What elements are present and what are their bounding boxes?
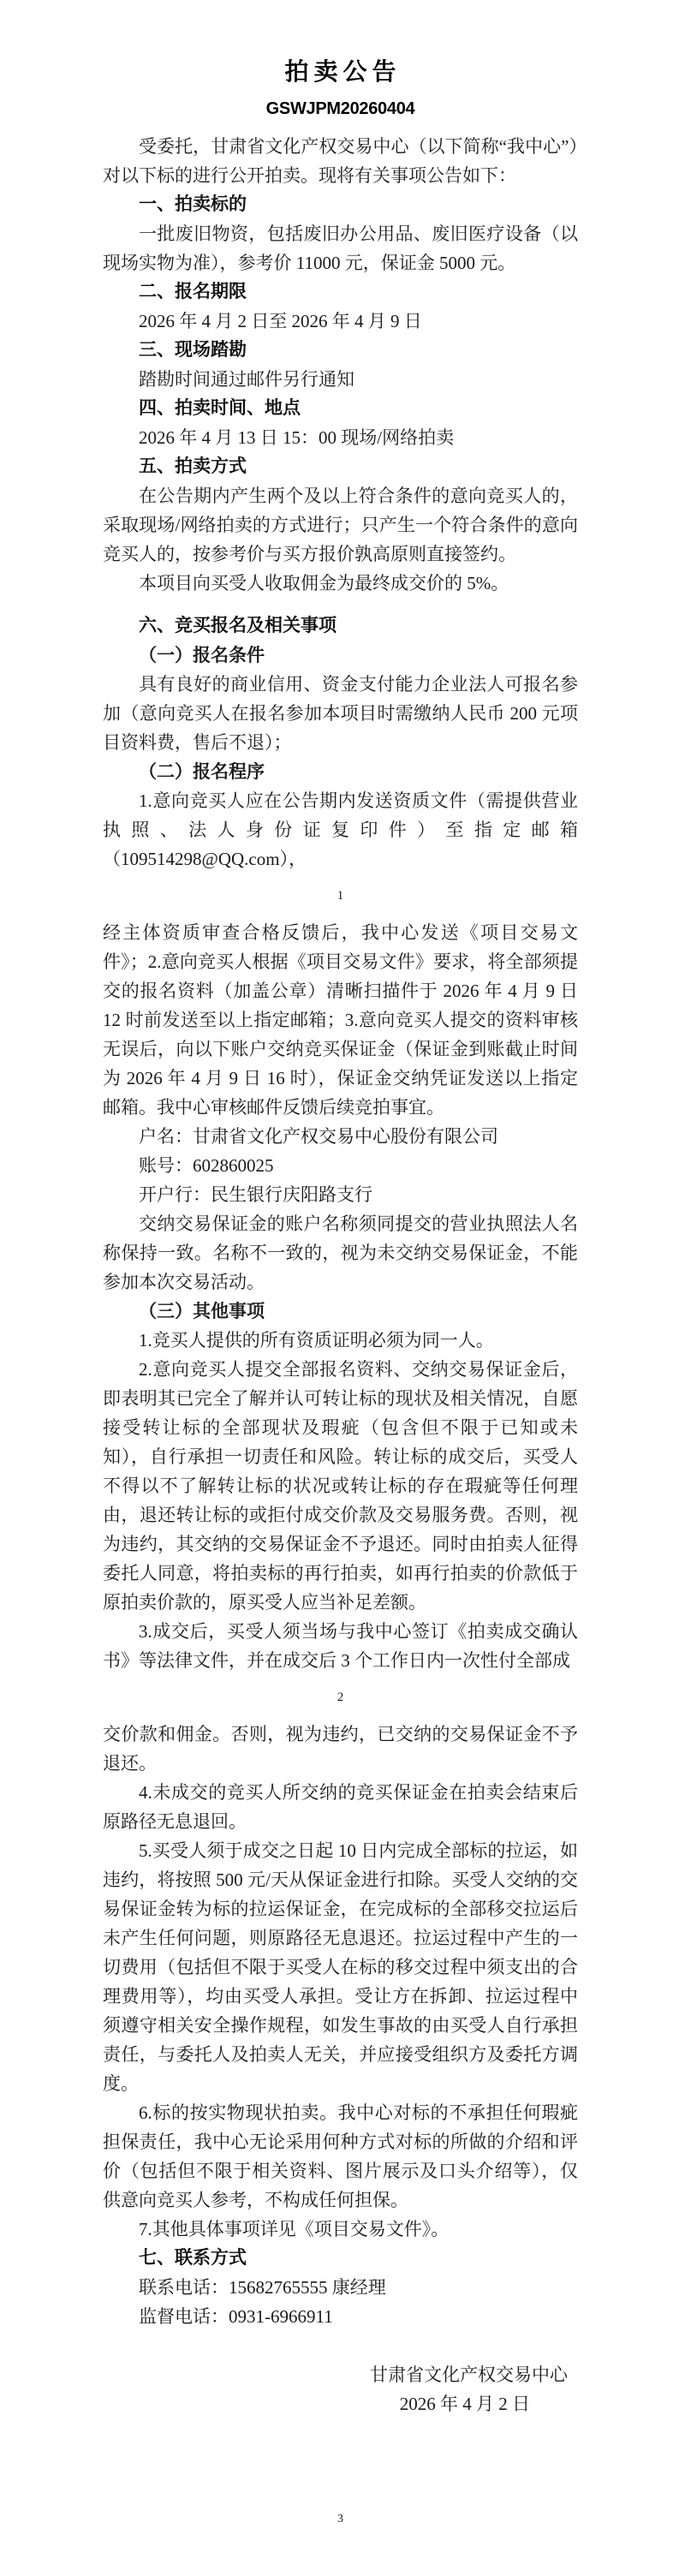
paragraph: 2026 年 4 月 2 日至 2026 年 4 月 9 日 — [103, 307, 578, 336]
section-heading-5: 五、拍卖方式 — [103, 452, 578, 481]
paragraph: 在公告期内产生两个及以上符合条件的意向竞买人的，采取现场/网络拍卖的方式进行；只… — [103, 481, 578, 569]
subsection-heading: （三）其他事项 — [103, 1297, 578, 1326]
paragraph: 6.标的按实物现状拍卖。我中心对标的不承担任何瑕疵担保责任，我中心无论采用何种方… — [103, 2098, 578, 2215]
paragraph: 1.竞买人提供的所有资质证明必须为同一人。 — [103, 1326, 578, 1355]
paragraph: 账号：602860025 — [103, 1151, 578, 1180]
paragraph: 开户行：民生银行庆阳路支行 — [103, 1180, 578, 1209]
paragraph: 具有良好的商业信用、资金支付能力企业法人可报名参加（意向竞买人在报名参加本项目时… — [103, 670, 578, 757]
intro-paragraph: 受委托，甘肃省文化产权交易中心（以下简称“我中心”）对以下标的进行公开拍卖。现将… — [103, 132, 578, 190]
page-number: 3 — [103, 2511, 578, 2528]
document-page: 拍卖公告 GSWJPM20260404 受委托，甘肃省文化产权交易中心（以下简称… — [0, 0, 679, 2576]
subsection-heading: （一）报名条件 — [103, 641, 578, 670]
paragraph: 本项目向买受人收取佣金为最终成交价的 5%。 — [103, 569, 578, 598]
subsection-heading: （二）报名程序 — [103, 757, 578, 786]
paragraph: 交价款和佣金。否则，视为违约，已交纳的交易保证金不予退还。 — [103, 1720, 578, 1778]
page-number: 2 — [103, 1675, 578, 1720]
section-heading-7: 七、联系方式 — [103, 2244, 578, 2273]
paragraph: 户名：甘肃省文化产权交易中心股份有限公司 — [103, 1122, 578, 1151]
paragraph: 3.成交后，买受人须当场与我中心签订《拍卖成交确认书》等法律文件，并在成交后 3… — [103, 1617, 578, 1675]
section-heading-4: 四、拍卖时间、地点 — [103, 394, 578, 423]
paragraph: 4.未成交的竞买人所交纳的竞买保证金在拍卖会结束后原路径无息退回。 — [103, 1778, 578, 1836]
paragraph: 5.买受人须于成交之日起 10 日内完成全部标的拉运，如违约，将按照 500 元… — [103, 1836, 578, 2098]
signature-date: 2026 年 4 月 2 日 — [103, 2389, 578, 2418]
paragraph: 2026 年 4 月 13 日 15：00 现场/网络拍卖 — [103, 423, 578, 452]
paragraph: 2.意向竞买人提交全部报名资料、交纳交易保证金后，即表明其已完全了解并认可转让标… — [103, 1355, 578, 1617]
paragraph: 1.意向竞买人应在公告期内发送资质文件（需提供营业执照、法人身份证复印件）至指定… — [103, 786, 578, 874]
contact-phone: 联系电话：15682765555 康经理 — [103, 2273, 578, 2302]
page-number: 1 — [103, 874, 578, 918]
paragraph: 经主体资质审查合格反馈后，我中心发送《项目交易文件》；2.意向竞买人根据《项目交… — [103, 918, 578, 1122]
section-heading-2: 二、报名期限 — [103, 277, 578, 307]
paragraph: 一批废旧物资，包括废旧办公用品、废旧医疗设备（以现场实物为准），参考价 1100… — [103, 219, 578, 277]
paragraph: 交纳交易保证金的账户名称须同提交的营业执照法人名称保持一致。名称不一致的，视为未… — [103, 1209, 578, 1297]
signature-org: 甘肃省文化产权交易中心 — [103, 2360, 578, 2389]
section-heading-3: 三、现场踏勘 — [103, 336, 578, 365]
paragraph: 7.其他具体事项详见《项目交易文件》。 — [103, 2215, 578, 2244]
paragraph: 踏勘时间通过邮件另行通知 — [103, 365, 578, 394]
doc-title: 拍卖公告 — [103, 53, 578, 91]
section-heading-6: 六、竞买报名及相关事项 — [103, 611, 578, 641]
doc-code: GSWJPM20260404 — [103, 96, 578, 122]
section-heading-1: 一、拍卖标的 — [103, 190, 578, 219]
supervision-phone: 监督电话：0931-6966911 — [103, 2302, 578, 2331]
